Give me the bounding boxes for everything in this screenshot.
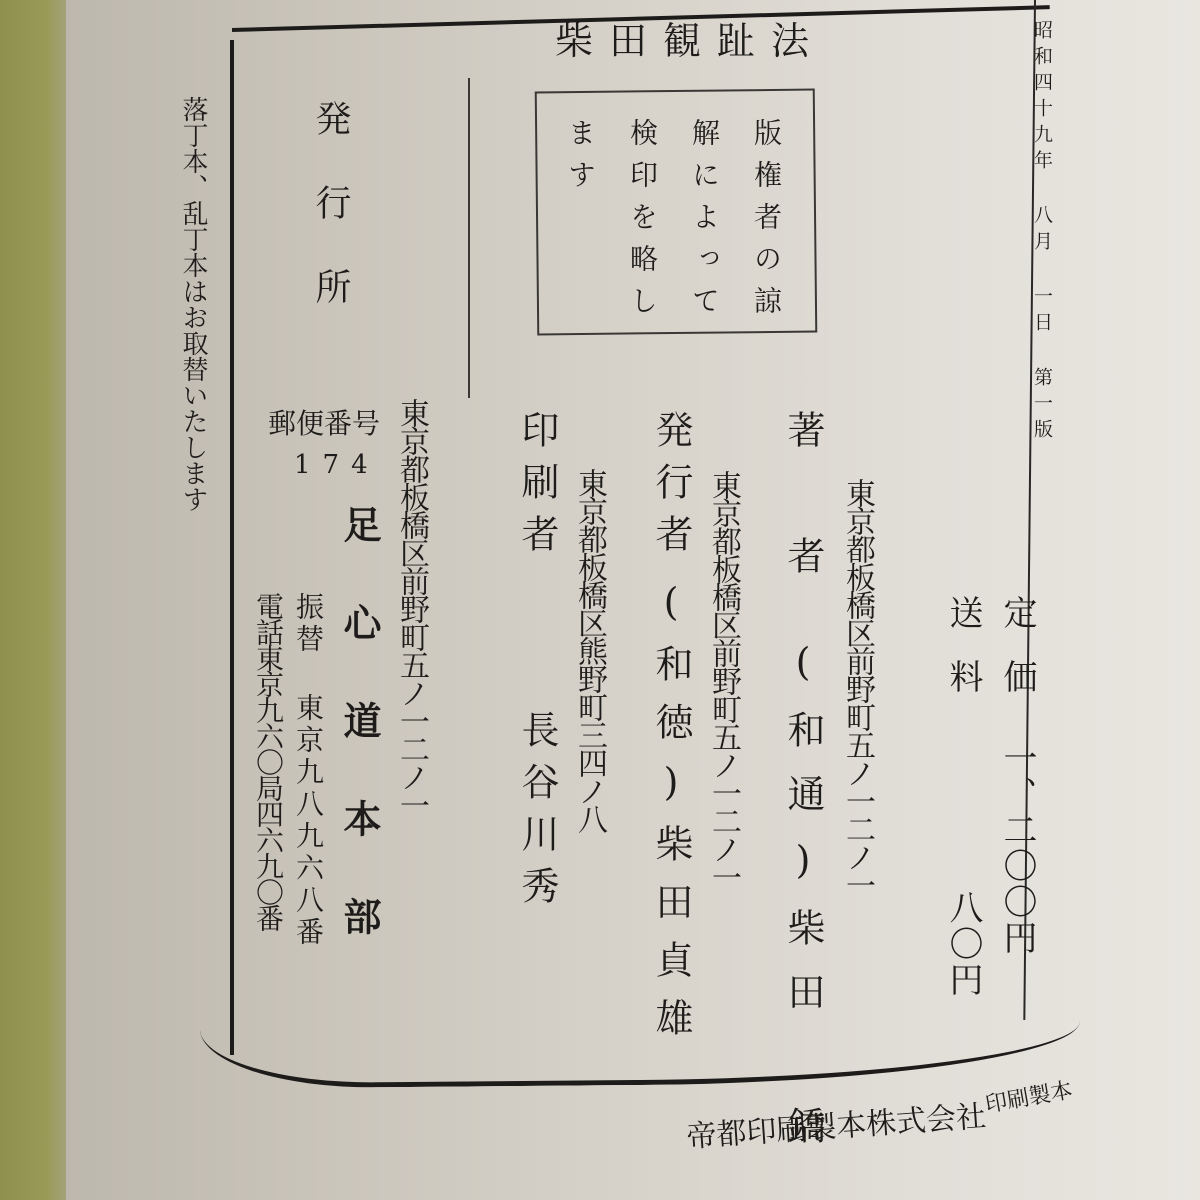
author-address: 東京都板橋区前野町五ノ一二ノ一 — [842, 478, 872, 898]
publisher-address: 東京都板橋区前野町五ノ一二ノ一 — [708, 470, 738, 890]
postage-value: 八〇円 — [946, 890, 980, 998]
postal-transfer-account: 振替 東京九八九六八番 — [294, 592, 322, 949]
printer-name: 長谷川秀 — [518, 710, 556, 918]
author-name: (和通)柴田 鐈 — [784, 640, 822, 1170]
postal-code: 174 — [294, 450, 380, 480]
author-label: 著者 — [784, 410, 822, 662]
frame-border-left — [230, 40, 234, 1055]
seal-notice-line-4: ます — [566, 118, 594, 202]
edition-date: 昭和四十九年 八月 一日 第一版 — [1032, 20, 1051, 445]
publisher-name: (和徳)柴田貞雄 — [652, 580, 690, 1056]
book-title: 柴田観趾法 — [555, 10, 825, 65]
phone-number: 電話東京九六〇局四六九〇番 — [254, 592, 282, 930]
publishing-house-name: 足心道本部 — [340, 505, 378, 995]
publisher-label: 発行者 — [652, 410, 690, 566]
publishing-house-address: 東京都板橋区前野町五ノ一二ノ一 — [396, 398, 426, 818]
seal-notice-line-1: 版権者の諒 — [752, 118, 780, 328]
postal-code-label: 郵便番号 — [268, 402, 380, 442]
publishing-house-label: 発行所 — [312, 100, 348, 352]
seal-notice-line-3: 検印を略し — [628, 118, 656, 328]
replacement-notice: 落丁本、乱丁本はお取替いたします — [180, 96, 206, 512]
printer-label: 印刷者 — [518, 410, 556, 566]
book-cover-edge — [0, 0, 66, 1200]
postage-label: 送料 — [946, 595, 980, 723]
price-value: 一、二〇〇円 — [1000, 740, 1034, 956]
price-label: 定価 — [1000, 595, 1034, 723]
title-divider-line — [468, 78, 470, 398]
seal-notice-line-2: 解によって — [690, 118, 718, 328]
printer-address: 東京都板橋区熊野町三四ノ八 — [574, 468, 604, 832]
